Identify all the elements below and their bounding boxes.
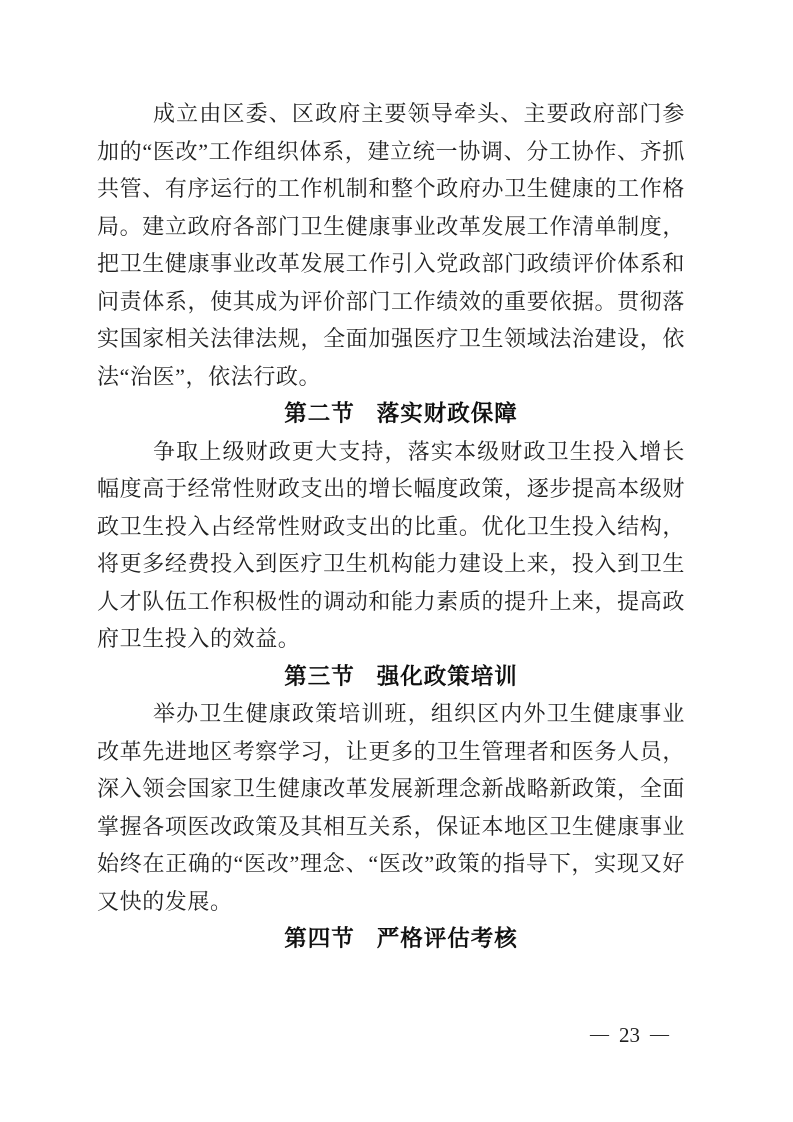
section-number: 第二节 — [284, 401, 355, 426]
document-page: 成立由区委、区政府主要领导牵头、主要政府部门参加的“医改”工作组织体系，建立统一… — [0, 0, 793, 1122]
paragraph-policy-training: 举办卫生健康政策培训班，组织区内外卫生健康事业改革先进地区考察学习，让更多的卫生… — [97, 695, 685, 920]
page-number: 23 — [619, 1022, 640, 1048]
page-footer: — 23 — — [590, 1022, 669, 1048]
section-number: 第四节 — [284, 926, 355, 951]
footer-dash-left: — — [590, 1022, 609, 1048]
paragraph-fiscal-guarantee: 争取上级财政更大支持，落实本级财政卫生投入增长幅度高于经常性财政支出的增长幅度政… — [97, 433, 685, 658]
footer-dash-right: — — [650, 1022, 669, 1048]
section-title: 强化政策培训 — [377, 664, 518, 689]
section-number: 第三节 — [284, 664, 355, 689]
section-title: 严格评估考核 — [377, 926, 518, 951]
section-heading-3: 第三节强化政策培训 — [107, 658, 695, 696]
paragraph-organization-system: 成立由区委、区政府主要领导牵头、主要政府部门参加的“医改”工作组织体系，建立统一… — [97, 95, 685, 395]
section-heading-4: 第四节严格评估考核 — [107, 920, 695, 958]
section-heading-2: 第二节落实财政保障 — [107, 395, 695, 433]
page-body: 成立由区委、区政府主要领导牵头、主要政府部门参加的“医改”工作组织体系，建立统一… — [97, 95, 685, 958]
section-title: 落实财政保障 — [377, 401, 518, 426]
